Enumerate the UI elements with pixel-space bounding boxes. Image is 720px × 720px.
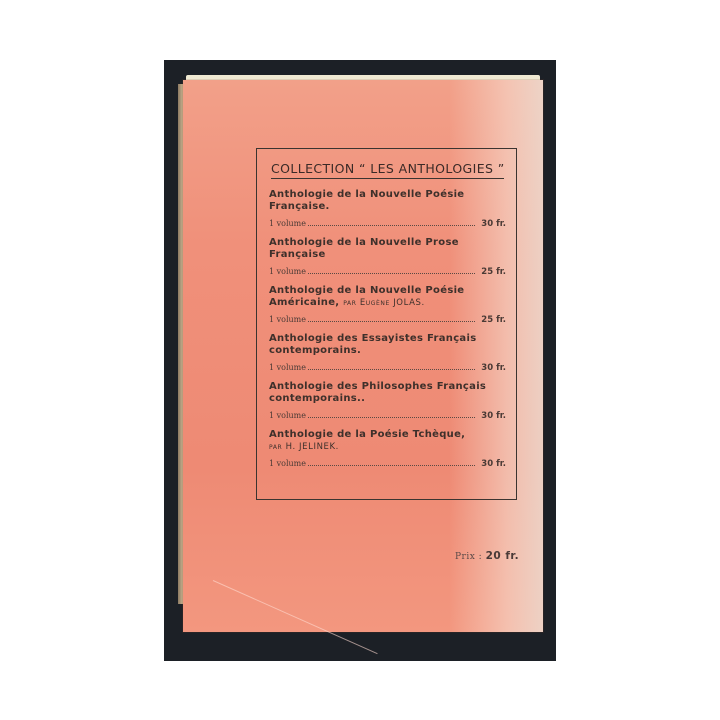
dot-leader: [308, 417, 475, 418]
dot-leader: [308, 369, 475, 370]
book-back-cover: COLLECTION “ LES ANTHOLOGIES ” Anthologi…: [183, 80, 543, 632]
entry-price-line: 1 volume 25 fr.: [269, 267, 506, 277]
entry-title: Anthologie des Philosophes Français cont…: [269, 381, 506, 405]
entry-price-line: 1 volume 25 fr.: [269, 315, 506, 325]
entry-price: 30 fr.: [481, 363, 506, 373]
entry-price: 30 fr.: [481, 411, 506, 421]
entry-price-line: 1 volume 30 fr.: [269, 459, 506, 469]
entry-volume: 1 volume: [269, 267, 306, 276]
price-value: 20 fr.: [486, 550, 520, 562]
dot-leader: [308, 225, 475, 226]
entry-item: Anthologie de la Nouvelle Poésie América…: [269, 285, 506, 325]
entry-price-line: 1 volume 30 fr.: [269, 411, 506, 421]
entry-volume: 1 volume: [269, 411, 306, 420]
entry-price: 30 fr.: [481, 459, 506, 469]
entry-volume: 1 volume: [269, 219, 306, 228]
dot-leader: [308, 321, 475, 322]
entry-price-line: 1 volume 30 fr.: [269, 219, 506, 229]
entry-item: Anthologie de la Nouvelle Poésie Françai…: [269, 189, 506, 229]
entry-price-line: 1 volume 30 fr.: [269, 363, 506, 373]
entry-title: Anthologie de la Nouvelle Poésie Françai…: [269, 189, 506, 213]
dot-leader: [308, 273, 475, 274]
collection-box: COLLECTION “ LES ANTHOLOGIES ” Anthologi…: [256, 148, 517, 500]
collection-title: COLLECTION “ LES ANTHOLOGIES ”: [271, 161, 504, 179]
entry-volume: 1 volume: [269, 459, 306, 468]
cover-price: Prix : 20 fr.: [455, 550, 519, 562]
entry-author: par Eugène JOLAS.: [343, 298, 425, 308]
entry-volume: 1 volume: [269, 363, 306, 372]
entry-item: Anthologie de la Nouvelle Prose Français…: [269, 237, 506, 277]
entry-title: Anthologie de la Nouvelle Poésie América…: [269, 285, 506, 309]
entry-volume: 1 volume: [269, 315, 306, 324]
entry-price: 30 fr.: [481, 219, 506, 229]
entry-price: 25 fr.: [481, 267, 506, 277]
price-label: Prix :: [455, 552, 482, 562]
entry-title: Anthologie de la Poésie Tchèque, par H. …: [269, 429, 506, 453]
entry-title: Anthologie de la Nouvelle Prose Français…: [269, 237, 506, 261]
entry-title: Anthologie des Essayistes Français conte…: [269, 333, 506, 357]
entry-item: Anthologie des Philosophes Français cont…: [269, 381, 506, 421]
dot-leader: [308, 465, 475, 466]
entry-price: 25 fr.: [481, 315, 506, 325]
entry-author: par H. JELINEK.: [269, 442, 339, 452]
entry-item: Anthologie des Essayistes Français conte…: [269, 333, 506, 373]
entry-item: Anthologie de la Poésie Tchèque, par H. …: [269, 429, 506, 469]
